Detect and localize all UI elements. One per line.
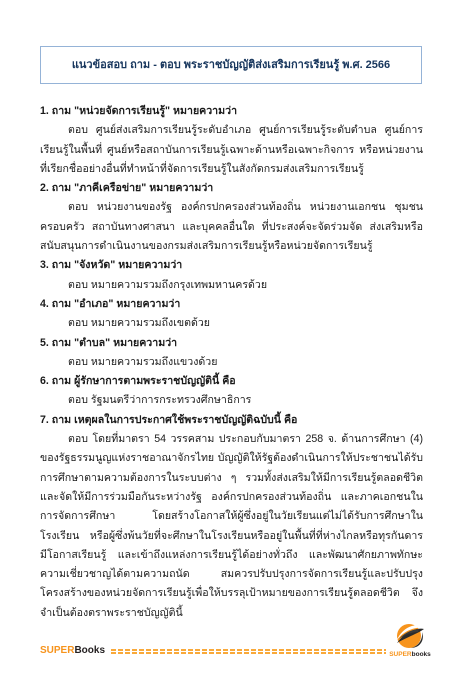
document-page: แนวข้อสอบ ถาม - ตอบ พระราชบัญญัติส่งเสริ… <box>0 0 462 680</box>
answer-text: ตอบ หมายความรวมถึงกรุงเทพมหานครด้วย <box>40 276 423 295</box>
superbooks-logo-icon <box>395 621 425 651</box>
question-text: 3. ถาม "จังหวัด" หมายความว่า <box>40 256 423 275</box>
question-text: 1. ถาม "หน่วยจัดการเรียนรู้" หมายความว่า <box>40 102 423 121</box>
footer-brand-super: SUPER <box>40 645 74 656</box>
title-box: แนวข้อสอบ ถาม - ตอบ พระราชบัญญัติส่งเสริ… <box>40 46 422 84</box>
question-text: 4. ถาม "อำเภอ" หมายความว่า <box>40 295 423 314</box>
page-footer: SUPERBooks SUPERbooks <box>40 616 428 658</box>
question-text: 6. ถาม ผู้รักษาการตามพระราชบัญญัตินี้ คื… <box>40 372 423 391</box>
answer-text: ตอบ หมายความรวมถึงเขตด้วย <box>40 314 423 333</box>
qa-item-5: 5. ถาม "ตำบล" หมายความว่า ตอบ หมายความรว… <box>40 334 423 373</box>
qa-item-3: 3. ถาม "จังหวัด" หมายความว่า ตอบ หมายควา… <box>40 256 423 295</box>
question-text: 2. ถาม "ภาคีเครือข่าย" หมายความว่า <box>40 179 423 198</box>
qa-item-6: 6. ถาม ผู้รักษาการตามพระราชบัญญัตินี้ คื… <box>40 372 423 411</box>
question-text: 7. ถาม เหตุผลในการประกาศใช้พระราชบัญญัติ… <box>40 411 423 430</box>
qa-item-4: 4. ถาม "อำเภอ" หมายความว่า ตอบ หมายความร… <box>40 295 423 334</box>
dash-row-bottom <box>111 652 386 654</box>
answer-text: ตอบ โดยที่มาตรา 54 วรรคสาม ประกอบกับมาตร… <box>40 430 423 623</box>
qa-item-2: 2. ถาม "ภาคีเครือข่าย" หมายความว่า ตอบ ห… <box>40 179 423 256</box>
question-text: 5. ถาม "ตำบล" หมายความว่า <box>40 334 423 353</box>
qa-item-7: 7. ถาม เหตุผลในการประกาศใช้พระราชบัญญัติ… <box>40 411 423 623</box>
answer-text: ตอบ รัฐมนตรีว่าการกระทรวงศึกษาธิการ <box>40 391 423 410</box>
logo-label-books: books <box>412 651 431 658</box>
footer-brand-books: Books <box>74 645 105 656</box>
page-title: แนวข้อสอบ ถาม - ตอบ พระราชบัญญัติส่งเสริ… <box>72 58 390 72</box>
answer-text: ตอบ หมายความรวมถึงแขวงด้วย <box>40 353 423 372</box>
superbooks-logo-label: SUPERbooks <box>389 651 431 658</box>
superbooks-logo: SUPERbooks <box>392 621 428 658</box>
logo-label-super: SUPER <box>389 651 411 658</box>
footer-brand: SUPERBooks <box>40 645 105 657</box>
dash-row-top <box>111 649 386 651</box>
dashed-divider <box>111 649 386 654</box>
qa-item-1: 1. ถาม "หน่วยจัดการเรียนรู้" หมายความว่า… <box>40 102 423 179</box>
answer-text: ตอบ หน่วยงานของรัฐ องค์กรปกครองส่วนท้องถ… <box>40 198 423 256</box>
qa-body: 1. ถาม "หน่วยจัดการเรียนรู้" หมายความว่า… <box>40 102 423 623</box>
answer-text: ตอบ ศูนย์ส่งเสริมการเรียนรู้ระดับอำเภอ ศ… <box>40 121 423 179</box>
